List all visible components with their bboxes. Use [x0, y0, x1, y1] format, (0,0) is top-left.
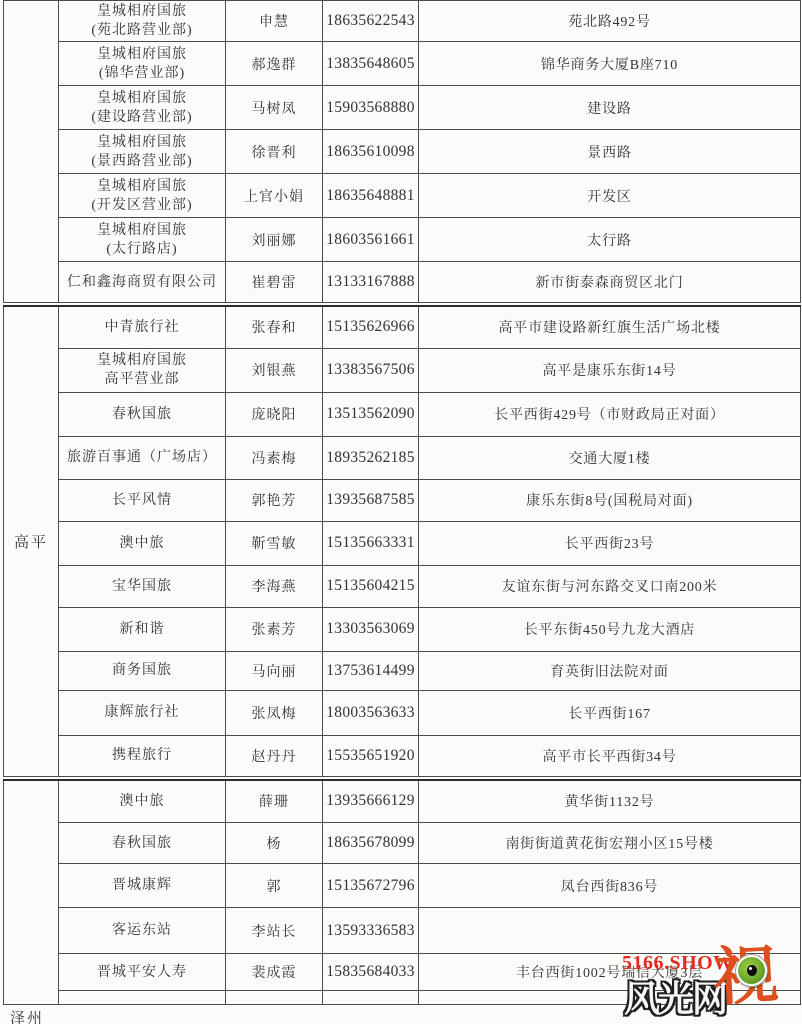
contact-cell: 马树凤 [226, 86, 323, 130]
address-cell: 长平东街450号九龙大酒店 [419, 607, 801, 651]
phone-cell: 15135672796 [323, 864, 419, 908]
address-cell: 康乐东街8号(国税局对面) [419, 479, 801, 521]
table-row: 皇城相府国旅 (开发区营业部) 上官小娟 18635648881 开发区 [4, 174, 801, 218]
table-row: 皇城相府国旅 (锦华营业部) 郝逸群 13835648605 锦华商务大厦B座7… [4, 42, 801, 86]
address-cell: 黄华街1132号 [419, 780, 801, 823]
table-row: 澳中旅 靳雪敏 15135663331 长平西街23号 [4, 521, 801, 565]
address-cell: 友谊东街与河东路交叉口南200米 [419, 565, 801, 607]
contact-cell: 刘银燕 [226, 348, 323, 392]
agency-cell: 皇城相府国旅 (太行路店) [59, 218, 226, 262]
table-row: 皇城相府国旅 (建设路营业部) 马树凤 15903568880 建设路 [4, 86, 801, 130]
agency-cell: 长平风情 [59, 479, 226, 521]
phone-cell: 18003563633 [323, 690, 419, 735]
phone-cell: 18603561661 [323, 218, 419, 262]
contact-cell: 徐晋利 [226, 130, 323, 174]
address-cell: 高平市建设路新红旗生活广场北楼 [419, 306, 801, 348]
table-row: 长平风情 郭艳芳 13935687585 康乐东街8号(国税局对面) [4, 479, 801, 521]
contact-cell: 裴成霞 [226, 954, 323, 991]
address-cell: 太行路 [419, 218, 801, 262]
address-cell [419, 991, 801, 1005]
phone-cell: 13513562090 [323, 392, 419, 436]
phone-cell: 15835684033 [323, 954, 419, 991]
contact-cell: 郝逸群 [226, 42, 323, 86]
address-cell: 高平是康乐东街14号 [419, 348, 801, 392]
agency-cell: 皇城相府国旅 (开发区营业部) [59, 174, 226, 218]
agency-cell: 携程旅行 [59, 735, 226, 776]
table-row: 澳中旅 薛珊 13935666129 黄华街1132号 [4, 780, 801, 823]
region-cell: 高平 [4, 306, 59, 776]
contact-cell: 庞晓阳 [226, 392, 323, 436]
address-cell: 建设路 [419, 86, 801, 130]
contact-cell: 郭 [226, 864, 323, 908]
phone-cell: 15135604215 [323, 565, 419, 607]
contact-cell: 赵丹丹 [226, 735, 323, 776]
contact-cell: 杨 [226, 823, 323, 864]
agency-cell: 中青旅行社 [59, 306, 226, 348]
contact-table-section-3: 澳中旅 薛珊 13935666129 黄华街1132号 春秋国旅 杨 18635… [3, 779, 801, 1006]
contact-cell: 靳雪敏 [226, 521, 323, 565]
contact-cell: 郭艳芳 [226, 479, 323, 521]
agency-cell: 春秋国旅 [59, 392, 226, 436]
agency-cell: 春秋国旅 [59, 823, 226, 864]
agency-cell: 仁和鑫海商贸有限公司 [59, 262, 226, 303]
contact-cell: 上官小娟 [226, 174, 323, 218]
contact-cell: 薛珊 [226, 780, 323, 823]
agency-cell: 宝华国旅 [59, 565, 226, 607]
agency-cell [59, 991, 226, 1005]
phone-cell: 15903568880 [323, 86, 419, 130]
phone-cell [323, 991, 419, 1005]
phone-cell: 13835648605 [323, 42, 419, 86]
phone-cell: 13133167888 [323, 262, 419, 303]
address-cell [419, 908, 801, 954]
address-cell: 育英街旧法院对面 [419, 651, 801, 690]
region-cell [4, 1, 59, 303]
table-row: 康辉旅行社 张凤梅 18003563633 长平西街167 [4, 690, 801, 735]
table-row: 晋城平安人寿 裴成霞 15835684033 丰台西街1002号瑞信大厦3层 [4, 954, 801, 991]
address-cell: 凤台西街836号 [419, 864, 801, 908]
agency-cell: 皇城相府国旅 (景西路营业部) [59, 130, 226, 174]
address-cell: 长平西街167 [419, 690, 801, 735]
table-row: 宝华国旅 李海燕 15135604215 友谊东街与河东路交叉口南200米 [4, 565, 801, 607]
phone-cell: 13383567506 [323, 348, 419, 392]
region-cell [4, 780, 59, 1005]
phone-cell: 15135663331 [323, 521, 419, 565]
address-cell: 高平市长平西街34号 [419, 735, 801, 776]
contact-cell: 冯素梅 [226, 436, 323, 479]
scanned-document-page: 皇城相府国旅 (苑北路营业部) 申慧 18635622543 苑北路492号 皇… [0, 0, 802, 1024]
table-row: 客运东站 李站长 13593336583 [4, 908, 801, 954]
address-cell: 开发区 [419, 174, 801, 218]
address-cell: 丰台西街1002号瑞信大厦3层 [419, 954, 801, 991]
contact-cell: 张素芳 [226, 607, 323, 651]
agency-cell: 皇城相府国旅 (建设路营业部) [59, 86, 226, 130]
contact-table-section-1: 皇城相府国旅 (苑北路营业部) 申慧 18635622543 苑北路492号 皇… [3, 0, 801, 303]
table-row: 高平 中青旅行社 张春和 15135626966 高平市建设路新红旗生活广场北楼 [4, 306, 801, 348]
address-cell: 南街街道黄花街宏翔小区15号楼 [419, 823, 801, 864]
table-row: 皇城相府国旅 (景西路营业部) 徐晋利 18635610098 景西路 [4, 130, 801, 174]
contact-cell [226, 991, 323, 1005]
table-row: 皇城相府国旅 (太行路店) 刘丽娜 18603561661 太行路 [4, 218, 801, 262]
contact-cell: 李海燕 [226, 565, 323, 607]
agency-cell: 晋城康辉 [59, 864, 226, 908]
address-cell: 长平西街23号 [419, 521, 801, 565]
table-row: 皇城相府国旅 (苑北路营业部) 申慧 18635622543 苑北路492号 [4, 1, 801, 42]
table-row: 携程旅行 赵丹丹 15535651920 高平市长平西街34号 [4, 735, 801, 776]
contact-cell: 刘丽娜 [226, 218, 323, 262]
agency-cell: 旅游百事通（广场店） [59, 436, 226, 479]
region-label-zezhou: 泽州 [10, 1007, 44, 1024]
phone-cell: 18635648881 [323, 174, 419, 218]
phone-cell: 13935666129 [323, 780, 419, 823]
contact-cell: 张凤梅 [226, 690, 323, 735]
agency-cell: 康辉旅行社 [59, 690, 226, 735]
phone-cell: 15535651920 [323, 735, 419, 776]
address-cell: 苑北路492号 [419, 1, 801, 42]
contact-cell: 马向丽 [226, 651, 323, 690]
phone-cell: 18635622543 [323, 1, 419, 42]
agency-cell: 客运东站 [59, 908, 226, 954]
table-row: 春秋国旅 杨 18635678099 南街街道黄花街宏翔小区15号楼 [4, 823, 801, 864]
contact-table-section-2: 高平 中青旅行社 张春和 15135626966 高平市建设路新红旗生活广场北楼… [3, 305, 801, 777]
table-row: 皇城相府国旅 高平营业部 刘银燕 13383567506 高平是康乐东街14号 [4, 348, 801, 392]
address-cell: 长平西街429号（市财政局正对面） [419, 392, 801, 436]
agency-cell: 澳中旅 [59, 780, 226, 823]
phone-cell: 18935262185 [323, 436, 419, 479]
contact-cell: 申慧 [226, 1, 323, 42]
phone-cell: 15135626966 [323, 306, 419, 348]
phone-cell: 13593336583 [323, 908, 419, 954]
phone-cell: 13935687585 [323, 479, 419, 521]
phone-cell: 18635610098 [323, 130, 419, 174]
table-row: 旅游百事通（广场店） 冯素梅 18935262185 交通大厦1楼 [4, 436, 801, 479]
address-cell: 景西路 [419, 130, 801, 174]
agency-cell: 皇城相府国旅 (锦华营业部) [59, 42, 226, 86]
address-cell: 新市街泰森商贸区北门 [419, 262, 801, 303]
phone-cell: 18635678099 [323, 823, 419, 864]
phone-cell: 13753614499 [323, 651, 419, 690]
agency-cell: 新和谐 [59, 607, 226, 651]
table-row [4, 991, 801, 1005]
contact-cell: 李站长 [226, 908, 323, 954]
agency-cell: 皇城相府国旅 高平营业部 [59, 348, 226, 392]
table-row: 新和谐 张素芳 13303563069 长平东街450号九龙大酒店 [4, 607, 801, 651]
table-row: 商务国旅 马向丽 13753614499 育英街旧法院对面 [4, 651, 801, 690]
agency-cell: 晋城平安人寿 [59, 954, 226, 991]
agency-cell: 商务国旅 [59, 651, 226, 690]
table-row: 晋城康辉 郭 15135672796 凤台西街836号 [4, 864, 801, 908]
table-row: 仁和鑫海商贸有限公司 崔碧雷 13133167888 新市街泰森商贸区北门 [4, 262, 801, 303]
table-row: 春秋国旅 庞晓阳 13513562090 长平西街429号（市财政局正对面） [4, 392, 801, 436]
address-cell: 交通大厦1楼 [419, 436, 801, 479]
contact-cell: 崔碧雷 [226, 262, 323, 303]
contact-cell: 张春和 [226, 306, 323, 348]
phone-cell: 13303563069 [323, 607, 419, 651]
address-cell: 锦华商务大厦B座710 [419, 42, 801, 86]
agency-cell: 澳中旅 [59, 521, 226, 565]
agency-cell: 皇城相府国旅 (苑北路营业部) [59, 1, 226, 42]
